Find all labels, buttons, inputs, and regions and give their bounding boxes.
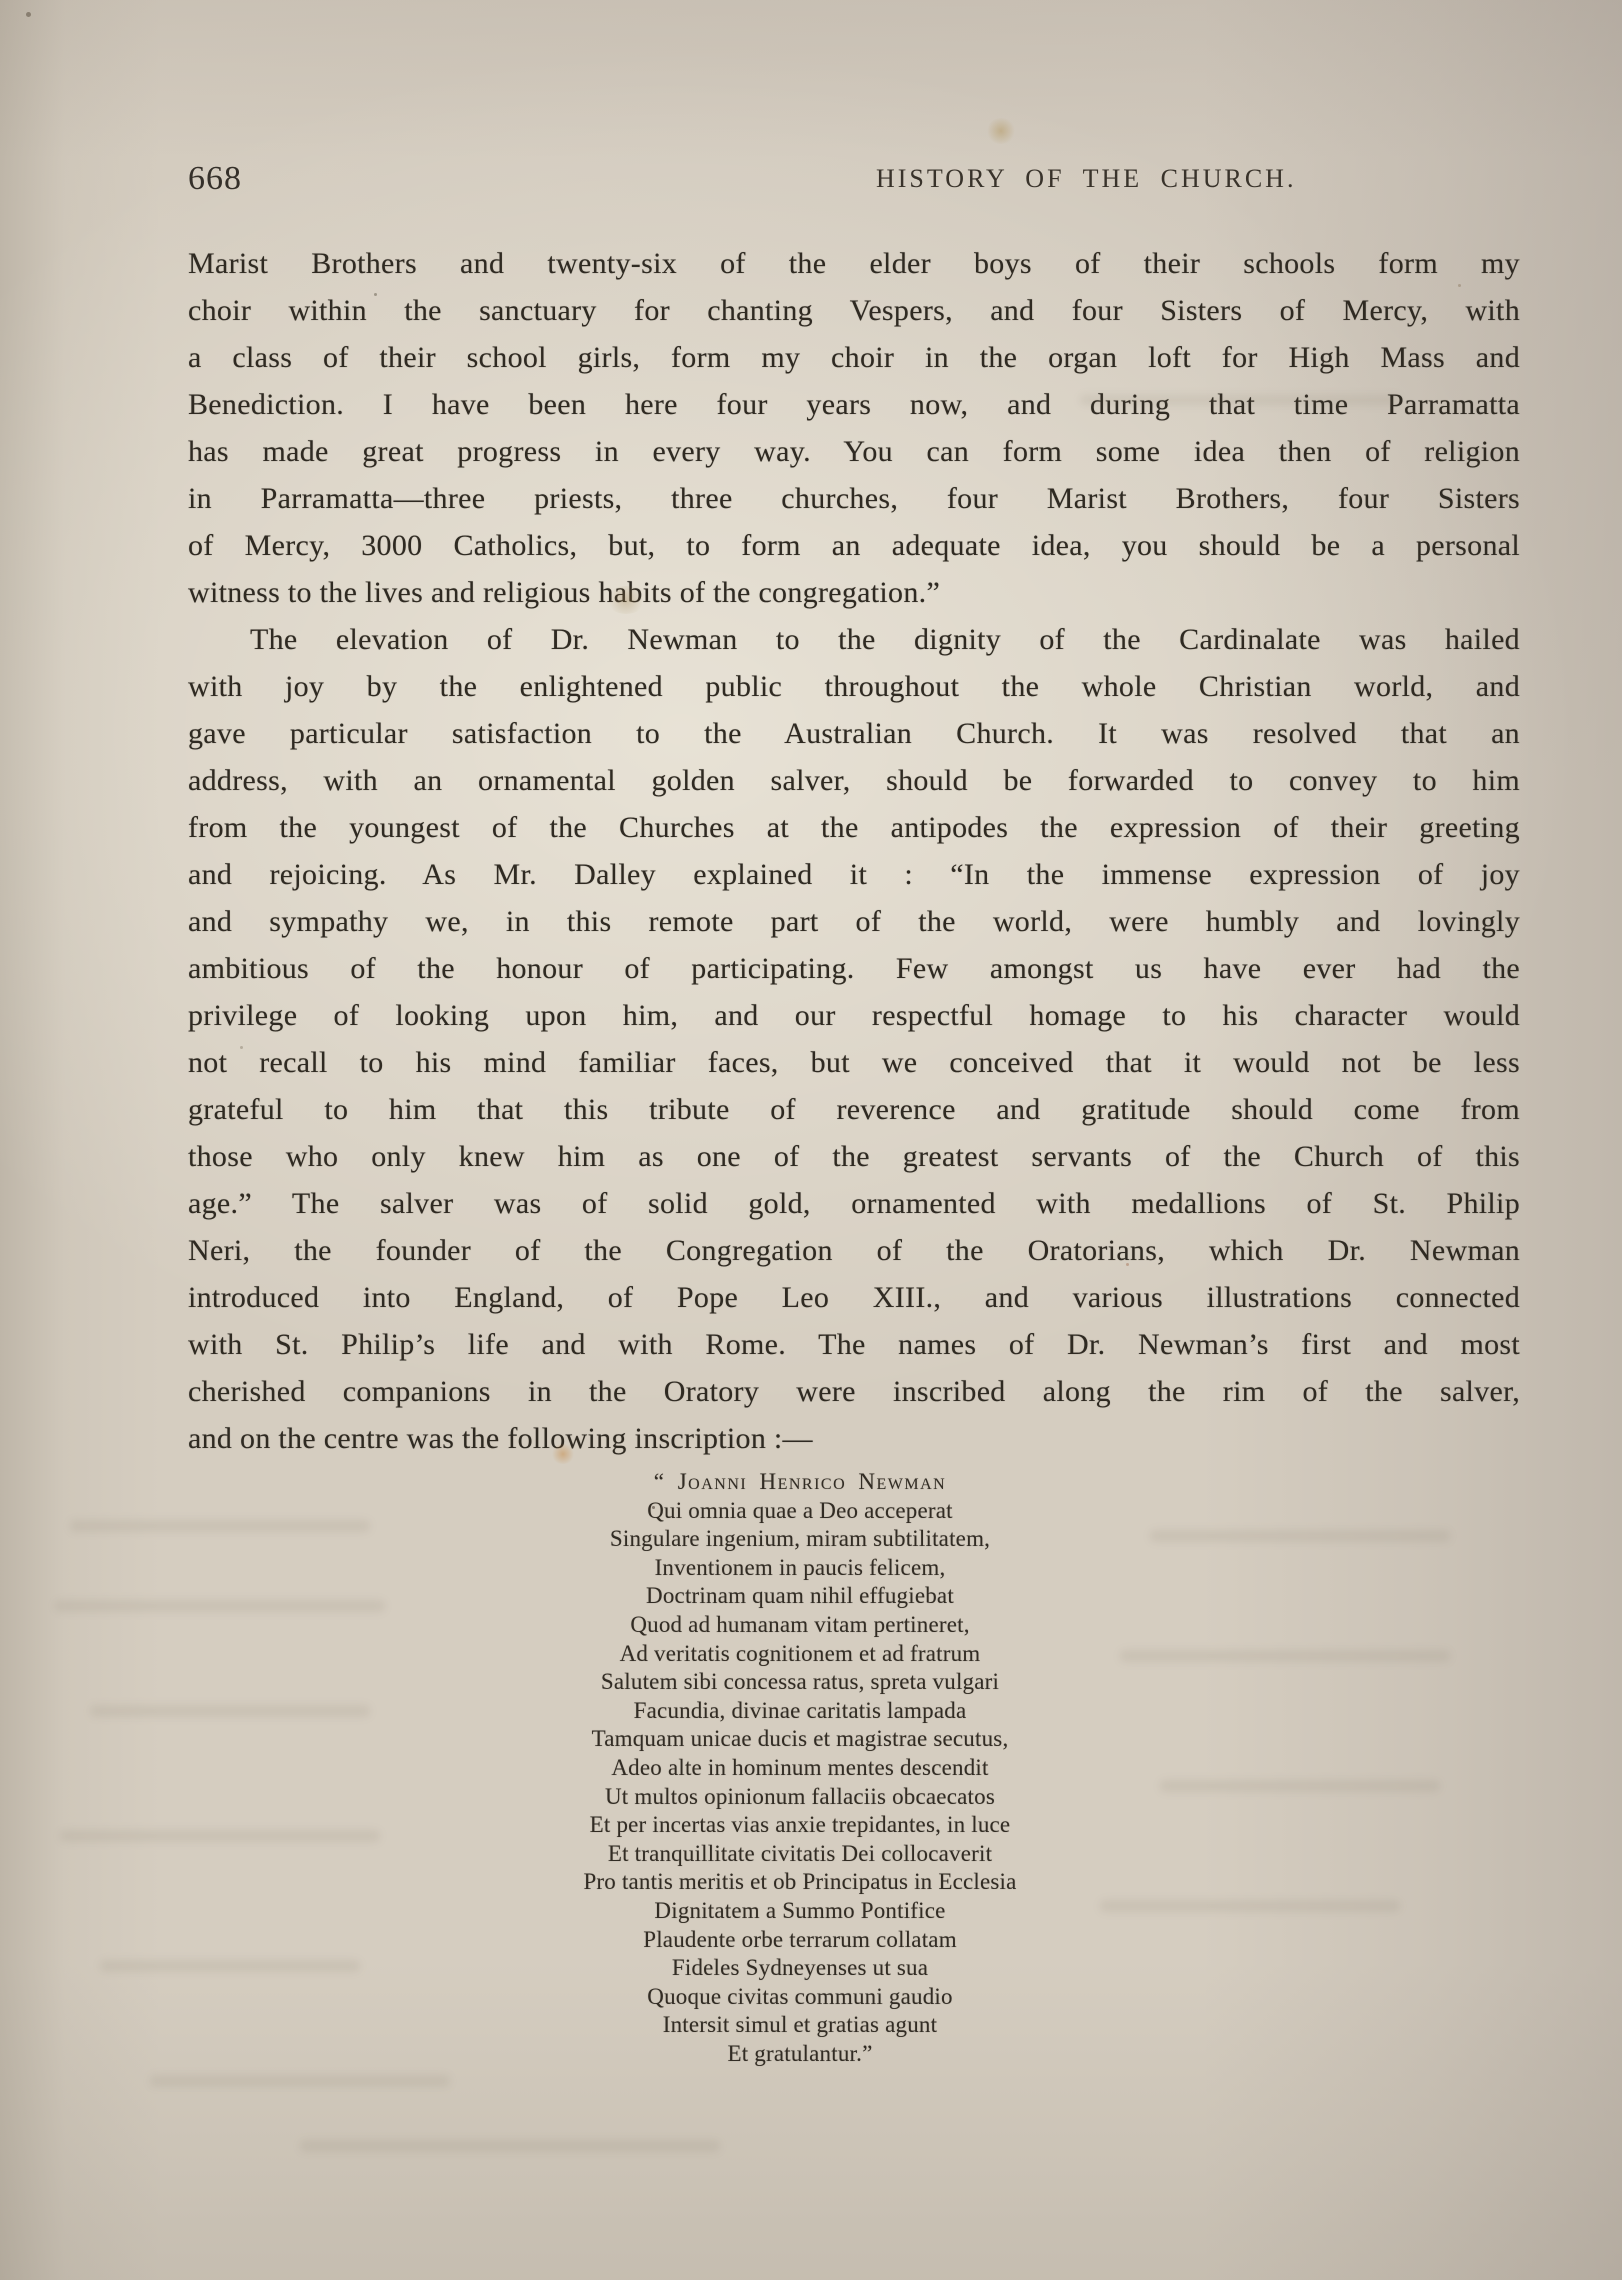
page-header: 668 HISTORY OF THE CHURCH. (188, 158, 1520, 202)
body-text-line: choir within the sanctuary for chanting … (188, 287, 1520, 334)
paper-specks (0, 0, 3, 3)
inscription-line: Et per incertas vias anxie trepidantes, … (170, 1811, 1430, 1840)
inscription-line: Fideles Sydneyenses ut sua (170, 1954, 1430, 1983)
body-text-line: has made great progress in every way. Yo… (188, 428, 1520, 475)
body-text-line: gave particular satisfaction to the Aust… (188, 710, 1520, 757)
body-text-line: Benediction. I have been here four years… (188, 381, 1520, 428)
body-text-line: and on the centre was the following insc… (188, 1415, 1520, 1462)
inscription-line: Plaudente orbe terrarum collatam (170, 1926, 1430, 1955)
show-through-smudge (300, 2140, 720, 2152)
body-text-line: of Mercy, 3000 Catholics, but, to form a… (188, 522, 1520, 569)
inscription-line: Qui omnia quae a Deo acceperat (170, 1497, 1430, 1526)
inscription-line: Et gratulantur.” (170, 2040, 1430, 2069)
body-text: Marist Brothers and twenty-six of the el… (188, 240, 1520, 1462)
inscription-line: Quoque civitas communi gaudio (170, 1983, 1430, 2012)
paragraph-newman-elevation: The elevation of Dr. Newman to the digni… (188, 616, 1520, 1462)
inscription-line: Pro tantis meritis et ob Principatus in … (170, 1868, 1430, 1897)
inscription-line: Ad veritatis cognitionem et ad fratrum (170, 1640, 1430, 1669)
body-text-line: a class of their school girls, form my c… (188, 334, 1520, 381)
inscription-line: Dignitatem a Summo Pontifice (170, 1897, 1430, 1926)
paragraph-marist-brothers: Marist Brothers and twenty-six of the el… (188, 240, 1520, 616)
inscription-line: Ut multos opinionum fallaciis obcaecatos (170, 1783, 1430, 1812)
scanned-book-page: 668 HISTORY OF THE CHURCH. Marist Brothe… (0, 0, 1622, 2280)
body-text-line: privilege of looking upon him, and our r… (188, 992, 1520, 1039)
running-title: HISTORY OF THE CHURCH. (876, 164, 1296, 194)
inscription-line: Doctrinam quam nihil effugiebat (170, 1582, 1430, 1611)
body-text-line: from the youngest of the Churches at the… (188, 804, 1520, 851)
body-text-line: address, with an ornamental golden salve… (188, 757, 1520, 804)
body-text-line: with St. Philip’s life and with Rome. Th… (188, 1321, 1520, 1368)
body-text-line: witness to the lives and religious habit… (188, 569, 1520, 616)
inscription-heading: “ Joanni Henrico Newman (170, 1468, 1430, 1497)
body-text-line: cherished companions in the Oratory were… (188, 1368, 1520, 1415)
inscription-lines: Qui omnia quae a Deo acceperatSingulare … (170, 1497, 1430, 2069)
paper-stain (986, 118, 1016, 144)
inscription-line: Tamquam unicae ducis et magistrae secutu… (170, 1725, 1430, 1754)
latin-inscription: “ Joanni Henrico Newman Qui omnia quae a… (170, 1468, 1430, 2068)
body-text-line: and sympathy we, in this remote part of … (188, 898, 1520, 945)
inscription-line: Inventionem in paucis felicem, (170, 1554, 1430, 1583)
page-number: 668 (188, 160, 242, 198)
body-text-line: not recall to his mind familiar faces, b… (188, 1039, 1520, 1086)
body-text-line: ambitious of the honour of participating… (188, 945, 1520, 992)
inscription-line: Salutem sibi concessa ratus, spreta vulg… (170, 1668, 1430, 1697)
body-text-line: age.” The salver was of solid gold, orna… (188, 1180, 1520, 1227)
body-text-line: and rejoicing. As Mr. Dalley explained i… (188, 851, 1520, 898)
show-through-smudge (150, 2075, 450, 2087)
body-text-line: The elevation of Dr. Newman to the digni… (188, 616, 1520, 663)
inscription-line: Facundia, divinae caritatis lampada (170, 1697, 1430, 1726)
inscription-line: Adeo alte in hominum mentes descendit (170, 1754, 1430, 1783)
inscription-line: Quod ad humanam vitam pertineret, (170, 1611, 1430, 1640)
inscription-line: Et tranquillitate civitatis Dei collocav… (170, 1840, 1430, 1869)
body-text-line: those who only knew him as one of the gr… (188, 1133, 1520, 1180)
body-text-line: Neri, the founder of the Congregation of… (188, 1227, 1520, 1274)
inscription-line: Intersit simul et gratias agunt (170, 2011, 1430, 2040)
inscription-line: Singulare ingenium, miram subtilitatem, (170, 1525, 1430, 1554)
body-text-line: introduced into England, of Pope Leo XII… (188, 1274, 1520, 1321)
body-text-line: in Parramatta—three priests, three churc… (188, 475, 1520, 522)
body-text-line: grateful to him that this tribute of rev… (188, 1086, 1520, 1133)
body-text-line: with joy by the enlightened public throu… (188, 663, 1520, 710)
body-text-line: Marist Brothers and twenty-six of the el… (188, 240, 1520, 287)
